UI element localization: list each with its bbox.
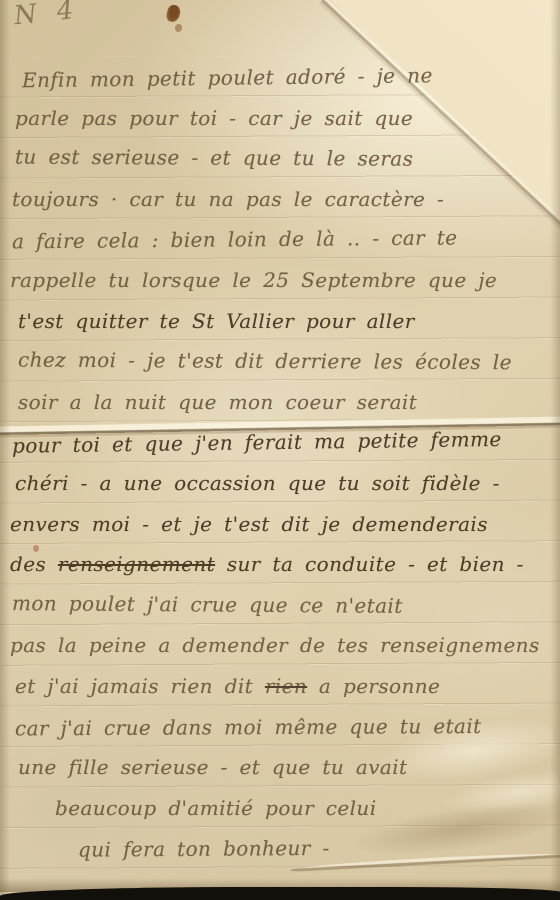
letter-line: chéri - a une occassion que tu soit fidè…: [15, 463, 550, 504]
page-number: N 4: [13, 0, 81, 31]
letter-line-text: et j'ai jamais rien dit: [15, 674, 265, 698]
letter-line: une fille serieuse - et que tu avait: [18, 747, 550, 788]
letter-line: envers moi - et je t'est dit je demender…: [10, 504, 550, 545]
letter-line: rappelle tu lorsque le 25 Septembre que …: [10, 260, 550, 301]
ink-stain: [175, 24, 182, 32]
letter-line: toujours · car tu na pas le caractère -: [12, 179, 550, 220]
letter-line: mon poulet j'ai crue que ce n'etait: [12, 583, 550, 627]
paper-right-edge-shadow: [550, 0, 560, 900]
letter-line: chez moi - je t'est dit derriere les éco…: [18, 340, 550, 383]
letter-line: pour toi et que j'en ferait ma petite fe…: [12, 419, 551, 467]
letter-line-text: a personne: [307, 674, 440, 698]
strikethrough-word: renseignement: [58, 552, 215, 576]
letter-line: t'est quitter te St Vallier pour aller: [18, 301, 550, 342]
letter-line: qui fera ton bonheur -: [78, 827, 550, 871]
letter-line: car j'ai crue dans moi même que tu etait: [15, 705, 550, 748]
paper-left-edge-shadow: [0, 0, 10, 900]
letter-line: pas la peine a demender de tes renseigne…: [10, 625, 550, 666]
letter-line: tu est serieuse - et que tu le seras: [15, 137, 550, 180]
ink-stain: [165, 4, 182, 24]
letter-line-text: des: [10, 552, 58, 576]
letter-page: N 4 Enfin mon petit poulet adoré - je ne…: [0, 0, 560, 900]
strikethrough-word: rien: [265, 674, 307, 698]
letter-line: Enfin mon petit poulet adoré - je ne: [22, 54, 550, 101]
letter-line: et j'ai jamais rien dit rien a personne: [15, 666, 550, 707]
letter-line: beaucoup d'amitié pour celui: [55, 788, 550, 829]
letter-body: Enfin mon petit poulet adoré - je ne par…: [10, 57, 550, 869]
letter-line: a faire cela : bien loin de là .. - car …: [12, 217, 550, 262]
letter-line: parle pas pour toi - car je sait que: [15, 98, 550, 139]
letter-line-text: sur ta conduite - et bien -: [215, 552, 524, 576]
letter-line: soir a la nuit que mon coeur serait: [18, 382, 550, 423]
letter-line: des renseignement sur ta conduite - et b…: [10, 544, 550, 585]
bottom-paper-edge: [0, 887, 560, 900]
